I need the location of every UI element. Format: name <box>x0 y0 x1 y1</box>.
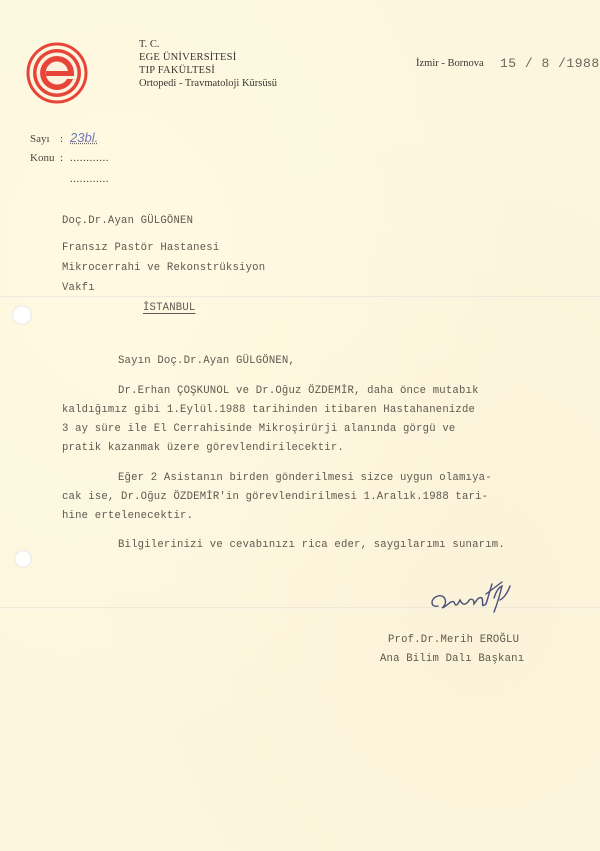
signatory-title: Ana Bilim Dalı Başkanı <box>380 653 524 665</box>
konu-row-2: ............ <box>70 173 109 185</box>
sayi-label: Sayı <box>30 133 60 145</box>
punch-hole-upper <box>12 305 32 325</box>
signatory-name: Prof.Dr.Merih EROĞLU <box>388 634 519 646</box>
closing-line: Bilgilerinizi ve cevabınızı rica eder, s… <box>118 539 505 551</box>
punch-hole-lower <box>14 550 32 568</box>
konu-colon: : <box>60 152 70 164</box>
konu-label: Konu <box>30 152 60 164</box>
konu-value-2: ............ <box>70 173 109 185</box>
paragraph2-line: Eğer 2 Asistanın birden gönderilmesi siz… <box>118 472 492 484</box>
letter-place: İzmir - Bornova <box>416 58 484 69</box>
sayi-colon: : <box>60 133 70 145</box>
konu-row: Konu:............ <box>30 152 109 164</box>
letterhead-university: EGE ÜNİVERSİTESİ <box>139 51 277 64</box>
sayi-row: Sayı:23bl. <box>30 130 98 145</box>
sayi-value: 23bl. <box>70 130 98 145</box>
salutation: Sayın Doç.Dr.Ayan GÜLGÖNEN, <box>118 355 295 367</box>
ege-university-logo-icon <box>26 42 88 104</box>
recipient-name: Doç.Dr.Ayan GÜLGÖNEN <box>62 215 193 227</box>
paragraph2-line: cak ise, Dr.Oğuz ÖZDEMİR'in görevlendiri… <box>62 491 488 503</box>
paragraph1-line: kaldığımız gibi 1.Eylül.1988 tarihinden … <box>62 404 475 416</box>
recipient-line: Mikrocerrahi ve Rekonstrüksiyon <box>62 262 265 274</box>
recipient-line: Fransız Pastör Hastanesi <box>62 242 219 254</box>
letterhead: T. C. EGE ÜNİVERSİTESİ TIP FAKÜLTESİ Ort… <box>139 38 277 90</box>
paragraph1-line: pratik kazanmak üzere görevlendirilecekt… <box>62 442 344 454</box>
recipient-line: Vakfı <box>62 282 95 294</box>
recipient-city: İSTANBUL <box>143 302 195 314</box>
paragraph2-line: hine ertelenecektir. <box>62 510 193 522</box>
konu-value: ............ <box>70 152 109 164</box>
letter-date: 15 / 8 /1988 <box>500 56 600 71</box>
handwritten-signature-icon <box>428 578 523 620</box>
fold-line-upper <box>0 296 600 298</box>
letterhead-department: Ortopedi - Travmatoloji Kürsüsü <box>139 77 277 90</box>
letterhead-faculty: TIP FAKÜLTESİ <box>139 64 277 77</box>
paragraph1-line: Dr.Erhan ÇOŞKUNOL ve Dr.Oğuz ÖZDEMİR, da… <box>118 385 479 397</box>
paragraph1-line: 3 ay süre ile El Cerrahisinde Mikroşirür… <box>62 423 455 435</box>
letterhead-line: T. C. <box>139 38 277 51</box>
